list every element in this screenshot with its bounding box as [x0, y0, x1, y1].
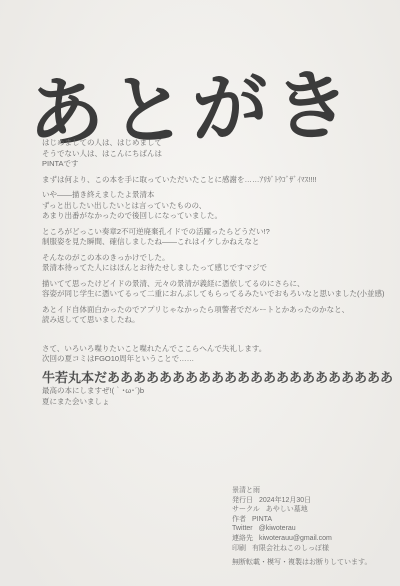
body-text: はじめましての人は、はじめまして そうでない人は、はこんにちばんは PINTAで…	[42, 138, 392, 412]
colophon-value: @kiwoterau	[259, 524, 296, 534]
body-line: そんなのがこの本のきっかけでした。	[42, 253, 392, 264]
paragraph-closing: 最高の本にしますぜ!(｀･ω･´)b 夏にまた会いましょ	[42, 386, 392, 407]
colophon-label: Twitter	[232, 524, 253, 534]
body-line: まずは何より、この本を手に取っていただいたことに感謝を……ｱﾘｶﾞﾄｳｺﾞｻﾞｲ…	[42, 175, 392, 186]
colophon-row-circle: サークル あやしい墓地	[232, 505, 392, 515]
colophon-value: あやしい墓地	[266, 505, 308, 515]
body-line: 景清本待ってた人にはほんとお待たせしましたって感じですマジで	[42, 263, 392, 274]
colophon-row-publish-date: 発行日 2024年12月30日	[232, 496, 392, 506]
colophon-row-contact: 連絡先 kiwoterauu@gmail.com	[232, 534, 392, 544]
paragraph-finished-book: いや——描き終えましたよ景清本 ずっと出したい出したいとは言っていたものの、 あ…	[42, 190, 392, 222]
body-line: PINTAです	[42, 159, 392, 170]
body-line: あとイド自体面白かったのでアプリじゃなかったら項警者でだルートとかあったのかなと…	[42, 305, 392, 316]
colophon-label: 連絡先	[232, 534, 253, 544]
body-line: ずっと出したい出したいとは言っていたものの、	[42, 201, 392, 212]
body-line: ところがどっこい奏章2不可逆廃棄孔イドでの活躍ったらどうだい!?	[42, 227, 392, 238]
body-line: はじめましての人は、はじめまして	[42, 138, 392, 149]
colophon-label: 印刷	[232, 544, 246, 554]
emphasis-announcement-line: 牛若丸本だああああああああああああああああああああああああああ	[42, 370, 392, 386]
body-line: あまり出番がなかったので後回しになっていました。	[42, 211, 392, 222]
colophon-value: 有限会社ねこのしっぽ様	[252, 544, 329, 554]
body-line: 読み返してて思いましたね。	[42, 315, 392, 326]
colophon-label: 発行日	[232, 496, 253, 506]
paragraph-farewell: さて、いろいろ喋りたいこと喋れたんでここらへんで失礼します。 次回の夏コミはFG…	[42, 344, 392, 365]
colophon-book-title: 景清と雨	[232, 486, 392, 496]
colophon-row-author: 作者 PINTA	[232, 515, 392, 525]
colophon-value: 2024年12月30日	[259, 496, 311, 506]
body-line: 制服姿を見た瞬間、確信しましたね——これはイケしかねえなと	[42, 237, 392, 248]
body-line: 夏にまた会いましょ	[42, 397, 392, 408]
colophon-value: kiwoterauu@gmail.com	[259, 534, 332, 544]
paragraph-motivation: そんなのがこの本のきっかけでした。 景清本待ってた人にはほんとお待たせしましたっ…	[42, 253, 392, 274]
body-line: 最高の本にしますぜ!(｀･ω･´)b	[42, 386, 392, 397]
body-line: いや——描き終えましたよ景清本	[42, 190, 392, 201]
body-line: 容姿が同じ学生に憑いてるって二重におんぶしてもらってるみたいでおもろいなと思いま…	[42, 289, 392, 300]
colophon-label: 作者	[232, 515, 246, 525]
colophon-row-printer: 印刷 有限会社ねこのしっぽ様	[232, 544, 392, 554]
paragraph-thanks: まずは何より、この本を手に取っていただいたことに感謝を……ｱﾘｶﾞﾄｳｺﾞｻﾞｲ…	[42, 175, 392, 186]
body-line: さて、いろいろ喋りたいこと喋れたんでここらへんで失礼します。	[42, 344, 392, 355]
body-line: 次回の夏コミはFGO10周年ということで……	[42, 354, 392, 365]
paragraph-inspiration: ところがどっこい奏章2不可逆廃棄孔イドでの活躍ったらどうだい!? 制服姿を見た瞬…	[42, 227, 392, 248]
body-line: 描いてて思ったけどイドの景清、元々の景清が義経に憑依してるのにさらに、	[42, 279, 392, 290]
afterword-page: あとがき はじめましての人は、はじめまして そうでない人は、はこんにちばんは P…	[0, 0, 400, 586]
colophon-row-twitter: Twitter @kiwoterau	[232, 524, 392, 534]
colophon: 景清と雨 発行日 2024年12月30日 サークル あやしい墓地 作者 PINT…	[232, 486, 392, 568]
body-line: そうでない人は、はこんにちばんは	[42, 149, 392, 160]
colophon-label: サークル	[232, 505, 260, 515]
paragraph-greeting: はじめましての人は、はじめまして そうでない人は、はこんにちばんは PINTAで…	[42, 138, 392, 170]
copyright-notice: 無断転載・模写・複製はお断りしています。	[232, 558, 392, 568]
colophon-value: PINTA	[252, 515, 272, 525]
paragraph-thoughts: 描いてて思ったけどイドの景清、元々の景清が義経に憑依してるのにさらに、 容姿が同…	[42, 279, 392, 300]
paragraph-reread: あとイド自体面白かったのでアプリじゃなかったら項警者でだルートとかあったのかなと…	[42, 305, 392, 326]
